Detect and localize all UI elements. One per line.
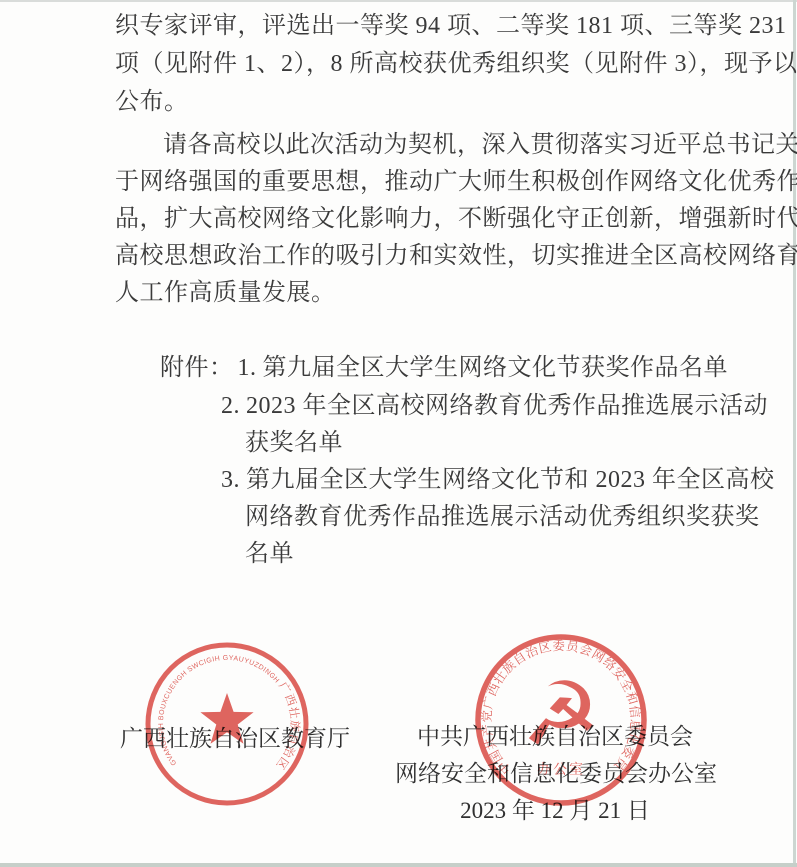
attachment-text: 第九届全区大学生网络文化节和 2023 年全区高校 bbox=[246, 467, 775, 493]
star-icon bbox=[200, 693, 253, 744]
body-line: 人工作高质量发展。 bbox=[115, 275, 336, 311]
attachment-item-2-cont: 获奖名单 bbox=[245, 425, 343, 461]
attachment-item-3: 3.第九届全区大学生网络文化节和 2023 年全区高校 bbox=[221, 462, 775, 498]
body-line: 织专家评审，评选出一等奖 94 项、二等奖 181 项、三等奖 231 bbox=[115, 8, 787, 44]
body-line: 高校思想政治工作的吸引力和实效性，切实推进全区高校网络育 bbox=[115, 238, 797, 274]
seal-arc-latin: GVANGJSIH BOUXCUENGH SWCIGIH GYAUYUZDING… bbox=[158, 655, 282, 766]
attachment-text: 2023 年全区高校网络教育优秀作品推选展示活动 bbox=[246, 393, 768, 419]
body-line: 项（见附件 1、2），8 所高校获优秀组织奖（见附件 3），现予以 bbox=[115, 46, 797, 82]
seal-education-department: GVANGJSIH BOUXCUENGH SWCIGIH GYAUYUZDING… bbox=[142, 639, 312, 809]
attachment-number: 3. bbox=[221, 467, 240, 493]
scan-edge-bottom bbox=[0, 863, 797, 867]
attachment-item-1: 附件：1.第九届全区大学生网络文化节获奖作品名单 bbox=[160, 350, 728, 386]
attachment-item-2: 2.2023 年全区高校网络教育优秀作品推选展示活动 bbox=[221, 388, 768, 424]
attachment-text: 第九届全区大学生网络文化节获奖作品名单 bbox=[263, 355, 729, 381]
attachment-number: 2. bbox=[221, 393, 240, 419]
hammer-sickle-icon: ☭ bbox=[522, 668, 601, 765]
body-line: 品，扩大高校网络文化影响力，不断强化守正创新，增强新时代 bbox=[115, 201, 797, 237]
seal-arc-text: GVANGJSIH BOUXCUENGH SWCIGIH GYAUYUZDING… bbox=[142, 639, 302, 772]
attachment-item-3-cont: 网络教育优秀作品推选展示活动优秀组织奖获奖 bbox=[245, 499, 760, 535]
attachment-item-3-cont2: 名单 bbox=[245, 536, 294, 572]
attachments-label: 附件： bbox=[160, 355, 234, 381]
body-line: 公布。 bbox=[115, 84, 189, 120]
attachment-number: 1. bbox=[238, 355, 257, 381]
seal-cac-office: ☭ 中国共产党广西壮族自治区委员会网络安全和信息化委员会 办公室 bbox=[471, 630, 651, 810]
body-line: 请各高校以此次活动为契机，深入贯彻落实习近平总书记关 bbox=[163, 127, 797, 163]
body-line: 于网络强国的重要思想，推动广大师生积极创作网络文化优秀作 bbox=[115, 164, 797, 200]
scan-edge-top bbox=[0, 0, 797, 2]
document-page: 织专家评审，评选出一等奖 94 项、二等奖 181 项、三等奖 231 项（见附… bbox=[0, 0, 797, 867]
seal-bottom-text: 办公室 bbox=[537, 761, 585, 778]
